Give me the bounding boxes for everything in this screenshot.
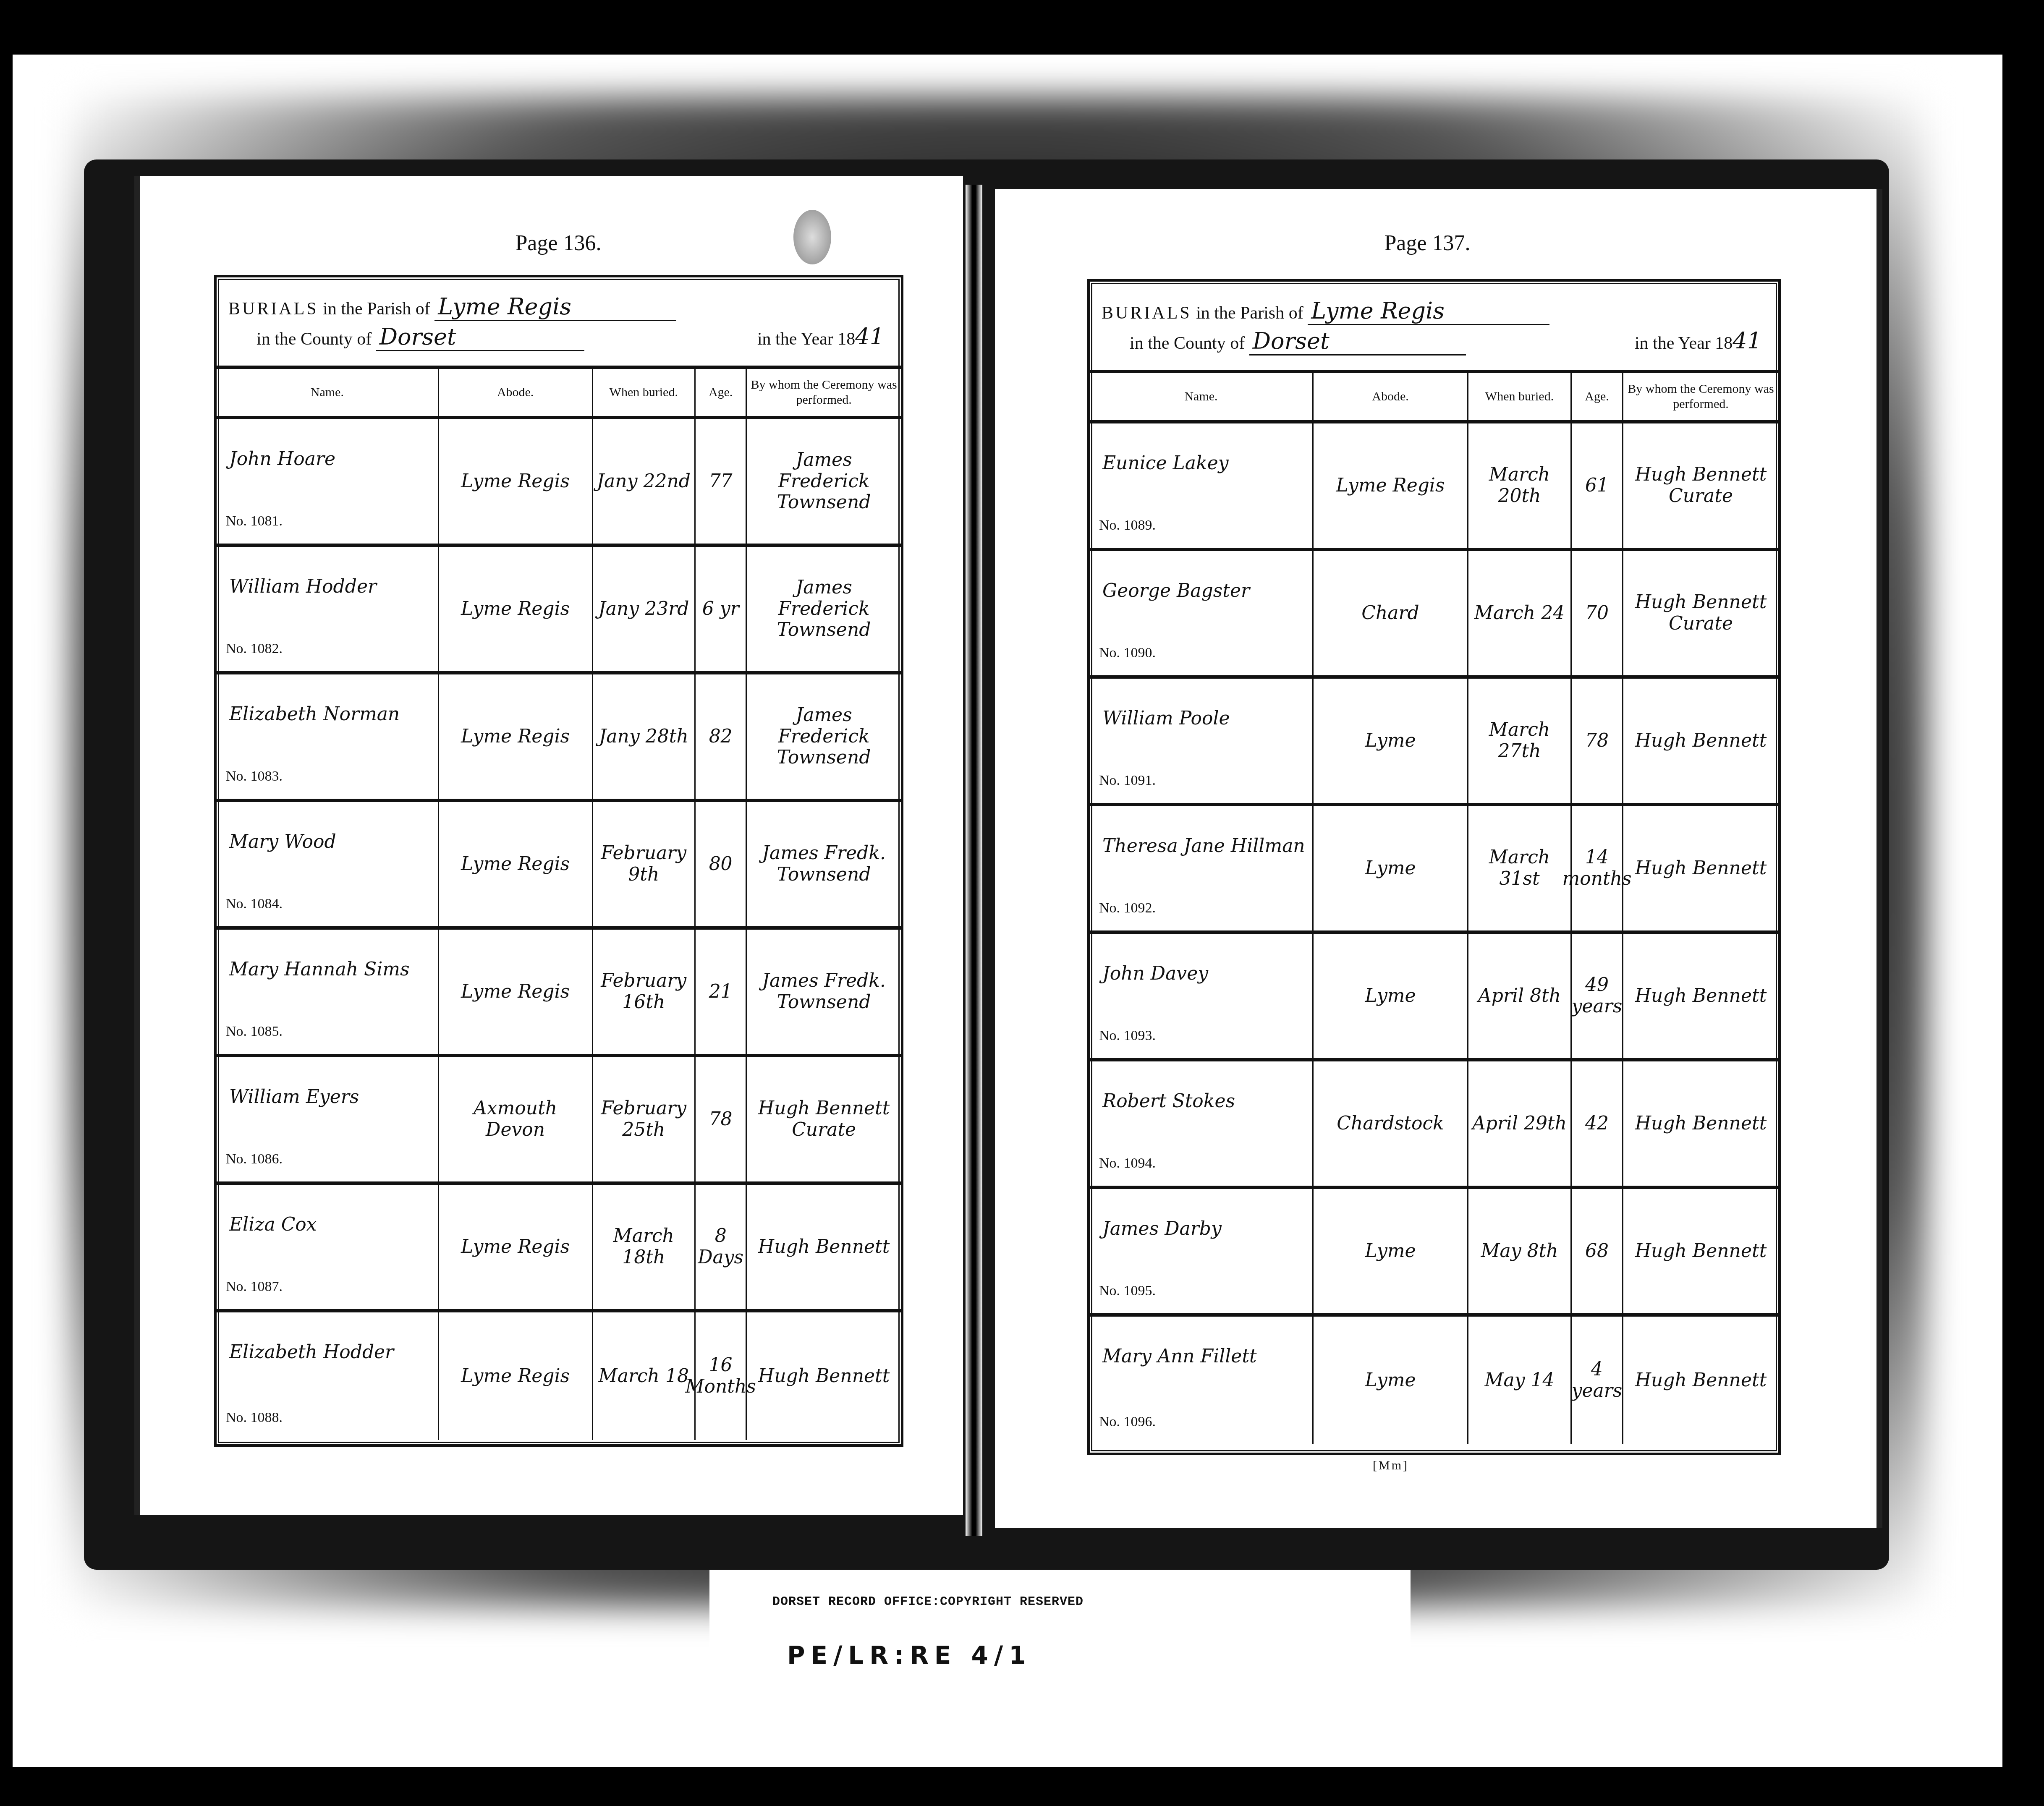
entry-age: 49 years [1572, 934, 1623, 1058]
entry-when-buried: February 25th [593, 1057, 696, 1181]
entry-age: 6 yr [696, 547, 747, 671]
entry-officiant: Hugh Bennett Curate [1623, 551, 1778, 675]
entry-abode: Lyme Regis [439, 1185, 593, 1309]
column-headers: Name. Abode. When buried. Age. By whom t… [217, 369, 901, 419]
entry-number: No. 1087. [226, 1278, 283, 1295]
entry-officiant: Hugh Bennett [1623, 679, 1778, 803]
col-abode: Abode. [1314, 373, 1468, 420]
entry-officiant: Hugh Bennett [1623, 1189, 1778, 1313]
table-row: James DarbyNo. 1095. Lyme May 8th 68 Hug… [1090, 1189, 1778, 1317]
entry-age: 42 [1572, 1061, 1623, 1186]
entry-number: No. 1090. [1099, 645, 1156, 661]
entry-age: 21 [696, 930, 747, 1054]
entry-name: Eliza Cox [229, 1214, 317, 1236]
entry-abode: Chard [1314, 551, 1468, 675]
entry-when-buried: March 27th [1468, 679, 1572, 803]
entry-name: Elizabeth Norman [229, 704, 400, 725]
county-value: Dorset [1249, 328, 1466, 355]
entry-abode: Lyme Regis [439, 419, 593, 544]
entry-name: William Eyers [229, 1087, 359, 1108]
archive-reference: PE/LR:RE 4/1 [787, 1641, 1032, 1670]
entry-abode: Axmouth Devon [439, 1057, 593, 1181]
right-page-number: Page 137. [1343, 231, 1511, 256]
col-officiant: By whom the Ceremony was performed. [1623, 373, 1778, 420]
table-row: Robert StokesNo. 1094. Chardstock April … [1090, 1061, 1778, 1189]
col-officiant: By whom the Ceremony was performed. [747, 369, 901, 416]
left-page-number: Page 136. [474, 231, 642, 256]
col-age: Age. [696, 369, 747, 416]
parish-prefix: in the Parish of [1196, 303, 1303, 323]
table-row: Eliza CoxNo. 1087. Lyme Regis March 18th… [217, 1185, 901, 1312]
entry-abode: Lyme [1314, 1189, 1468, 1313]
entry-age: 70 [1572, 551, 1623, 675]
year-value: 41 [855, 324, 884, 350]
entry-name: Mary Ann Fillett [1102, 1346, 1257, 1367]
entry-officiant: Hugh Bennett [747, 1185, 901, 1309]
entry-age: 78 [1572, 679, 1623, 803]
entry-abode: Lyme [1314, 806, 1468, 930]
county-prefix: in the County of [1130, 334, 1245, 353]
entry-officiant: Hugh Bennett [1623, 1317, 1778, 1444]
entry-when-buried: Jany 23rd [593, 547, 696, 671]
entry-when-buried: Jany 22nd [593, 419, 696, 544]
entry-age: 16 Months [696, 1312, 747, 1440]
parish-prefix: in the Parish of [323, 299, 430, 319]
entry-abode: Lyme Regis [439, 674, 593, 799]
entry-when-buried: May 8th [1468, 1189, 1572, 1313]
entry-number: No. 1096. [1099, 1414, 1156, 1430]
table-row: William HodderNo. 1082. Lyme Regis Jany … [217, 547, 901, 674]
wax-seal-mark [793, 210, 831, 264]
col-age: Age. [1572, 373, 1623, 420]
entry-number: No. 1091. [1099, 772, 1156, 789]
entry-abode: Chardstock [1314, 1061, 1468, 1186]
entry-name: Mary Wood [229, 831, 336, 853]
entry-officiant: Hugh Bennett [1623, 934, 1778, 1058]
entry-abode: Lyme Regis [439, 930, 593, 1054]
entry-number: No. 1085. [226, 1023, 283, 1040]
entry-abode: Lyme [1314, 679, 1468, 803]
entry-number: No. 1084. [226, 896, 283, 912]
table-row: Eunice LakeyNo. 1089. Lyme Regis March 2… [1090, 423, 1778, 551]
table-row: Mary Ann FillettNo. 1096. Lyme May 14 4 … [1090, 1317, 1778, 1444]
entry-age: 78 [696, 1057, 747, 1181]
entry-age: 80 [696, 802, 747, 926]
copyright-notice: DORSET RECORD OFFICE:COPYRIGHT RESERVED [772, 1595, 1084, 1609]
entry-officiant: James Frederick Townsend [747, 547, 901, 671]
entry-name: John Hoare [229, 449, 335, 470]
entry-when-buried: Jany 28th [593, 674, 696, 799]
entry-abode: Lyme Regis [439, 802, 593, 926]
entry-name: Robert Stokes [1102, 1091, 1235, 1112]
entry-abode: Lyme [1314, 934, 1468, 1058]
entry-number: No. 1089. [1099, 517, 1156, 533]
entry-when-buried: May 14 [1468, 1317, 1572, 1444]
entry-officiant: Hugh Bennett Curate [1623, 423, 1778, 548]
entry-name: William Hodder [229, 576, 377, 598]
entry-name: John Davey [1102, 963, 1208, 985]
book-gutter [966, 185, 982, 1536]
entry-number: No. 1086. [226, 1151, 283, 1167]
entry-when-buried: April 8th [1468, 934, 1572, 1058]
entry-officiant: Hugh Bennett [747, 1312, 901, 1440]
column-headers: Name. Abode. When buried. Age. By whom t… [1090, 373, 1778, 423]
entry-officiant: James Fredk. Townsend [747, 802, 901, 926]
entry-officiant: James Frederick Townsend [747, 674, 901, 799]
entry-officiant: Hugh Bennett [1623, 806, 1778, 930]
table-row: Mary Hannah SimsNo. 1085. Lyme Regis Feb… [217, 930, 901, 1057]
archive-label: DORSET RECORD OFFICE:COPYRIGHT RESERVED … [709, 1570, 1411, 1717]
entry-age: 77 [696, 419, 747, 544]
entry-number: No. 1095. [1099, 1283, 1156, 1299]
year-field: in the Year 1841 [1635, 328, 1761, 354]
entry-number: No. 1092. [1099, 900, 1156, 916]
entry-officiant: James Fredk. Townsend [747, 930, 901, 1054]
year-field: in the Year 1841 [757, 324, 884, 350]
entry-age: 68 [1572, 1189, 1623, 1313]
entry-name: George Bagster [1102, 580, 1250, 602]
entry-age: 61 [1572, 423, 1623, 548]
col-when-buried: When buried. [1468, 373, 1572, 420]
entry-officiant: James Frederick Townsend [747, 419, 901, 544]
parish-value: Lyme Regis [1308, 298, 1549, 325]
entry-officiant: Hugh Bennett [1623, 1061, 1778, 1186]
table-row: George BagsterNo. 1090. Chard March 24 7… [1090, 551, 1778, 679]
entry-number: No. 1094. [1099, 1155, 1156, 1171]
burials-label: BURIALS [1102, 303, 1192, 323]
col-when-buried: When buried. [593, 369, 696, 416]
register-header: BURIALS in the Parish of Lyme Regis in t… [1090, 282, 1778, 373]
entry-name: James Darby [1102, 1218, 1222, 1240]
entry-when-buried: March 24 [1468, 551, 1572, 675]
entry-abode: Lyme Regis [439, 1312, 593, 1440]
col-abode: Abode. [439, 369, 593, 416]
burials-label: BURIALS [228, 299, 319, 319]
col-name: Name. [217, 369, 439, 416]
entry-age: 4 years [1572, 1317, 1623, 1444]
col-name: Name. [1090, 373, 1314, 420]
entry-number: No. 1083. [226, 768, 283, 784]
signature-mark: [Mm] [1373, 1458, 1409, 1473]
entry-number: No. 1081. [226, 513, 283, 529]
table-row: William PooleNo. 1091. Lyme March 27th 7… [1090, 679, 1778, 806]
entry-when-buried: March 31st [1468, 806, 1572, 930]
entry-age: 82 [696, 674, 747, 799]
entry-number: No. 1082. [226, 640, 283, 657]
entry-officiant: Hugh Bennett Curate [747, 1057, 901, 1181]
table-row: Theresa Jane HillmanNo. 1092. Lyme March… [1090, 806, 1778, 934]
entry-abode: Lyme [1314, 1317, 1468, 1444]
entry-when-buried: April 29th [1468, 1061, 1572, 1186]
parish-value: Lyme Regis [434, 293, 676, 321]
table-row: John DaveyNo. 1093. Lyme April 8th 49 ye… [1090, 934, 1778, 1061]
entry-name: William Poole [1102, 708, 1230, 729]
entry-name: Theresa Jane Hillman [1102, 836, 1305, 857]
table-row: William EyersNo. 1086. Axmouth Devon Feb… [217, 1057, 901, 1185]
entry-when-buried: March 18th [593, 1185, 696, 1309]
register-rows: Eunice LakeyNo. 1089. Lyme Regis March 2… [1090, 423, 1778, 1453]
year-value: 41 [1733, 328, 1761, 354]
entry-name: Elizabeth Hodder [229, 1342, 394, 1363]
county-value: Dorset [376, 324, 584, 351]
table-row: Mary WoodNo. 1084. Lyme Regis February 9… [217, 802, 901, 930]
right-burial-register-table: BURIALS in the Parish of Lyme Regis in t… [1087, 279, 1781, 1455]
entry-name: Mary Hannah Sims [229, 959, 410, 980]
table-row: Elizabeth HodderNo. 1088. Lyme Regis Mar… [217, 1312, 901, 1440]
county-prefix: in the County of [256, 329, 372, 349]
register-rows: John HoareNo. 1081. Lyme Regis Jany 22nd… [217, 419, 901, 1444]
entry-number: No. 1093. [1099, 1027, 1156, 1044]
register-header: BURIALS in the Parish of Lyme Regis in t… [217, 277, 901, 369]
entry-abode: Lyme Regis [1314, 423, 1468, 548]
entry-age: 8 Days [696, 1185, 747, 1309]
entry-name: Eunice Lakey [1102, 453, 1229, 474]
table-row: John HoareNo. 1081. Lyme Regis Jany 22nd… [217, 419, 901, 547]
entry-when-buried: February 16th [593, 930, 696, 1054]
entry-abode: Lyme Regis [439, 547, 593, 671]
left-burial-register-table: BURIALS in the Parish of Lyme Regis in t… [214, 275, 903, 1447]
entry-number: No. 1088. [226, 1409, 283, 1426]
entry-when-buried: February 9th [593, 802, 696, 926]
entry-when-buried: March 18 [593, 1312, 696, 1440]
table-row: Elizabeth NormanNo. 1083. Lyme Regis Jan… [217, 674, 901, 802]
entry-age: 14 months [1572, 806, 1623, 930]
entry-when-buried: March 20th [1468, 423, 1572, 548]
